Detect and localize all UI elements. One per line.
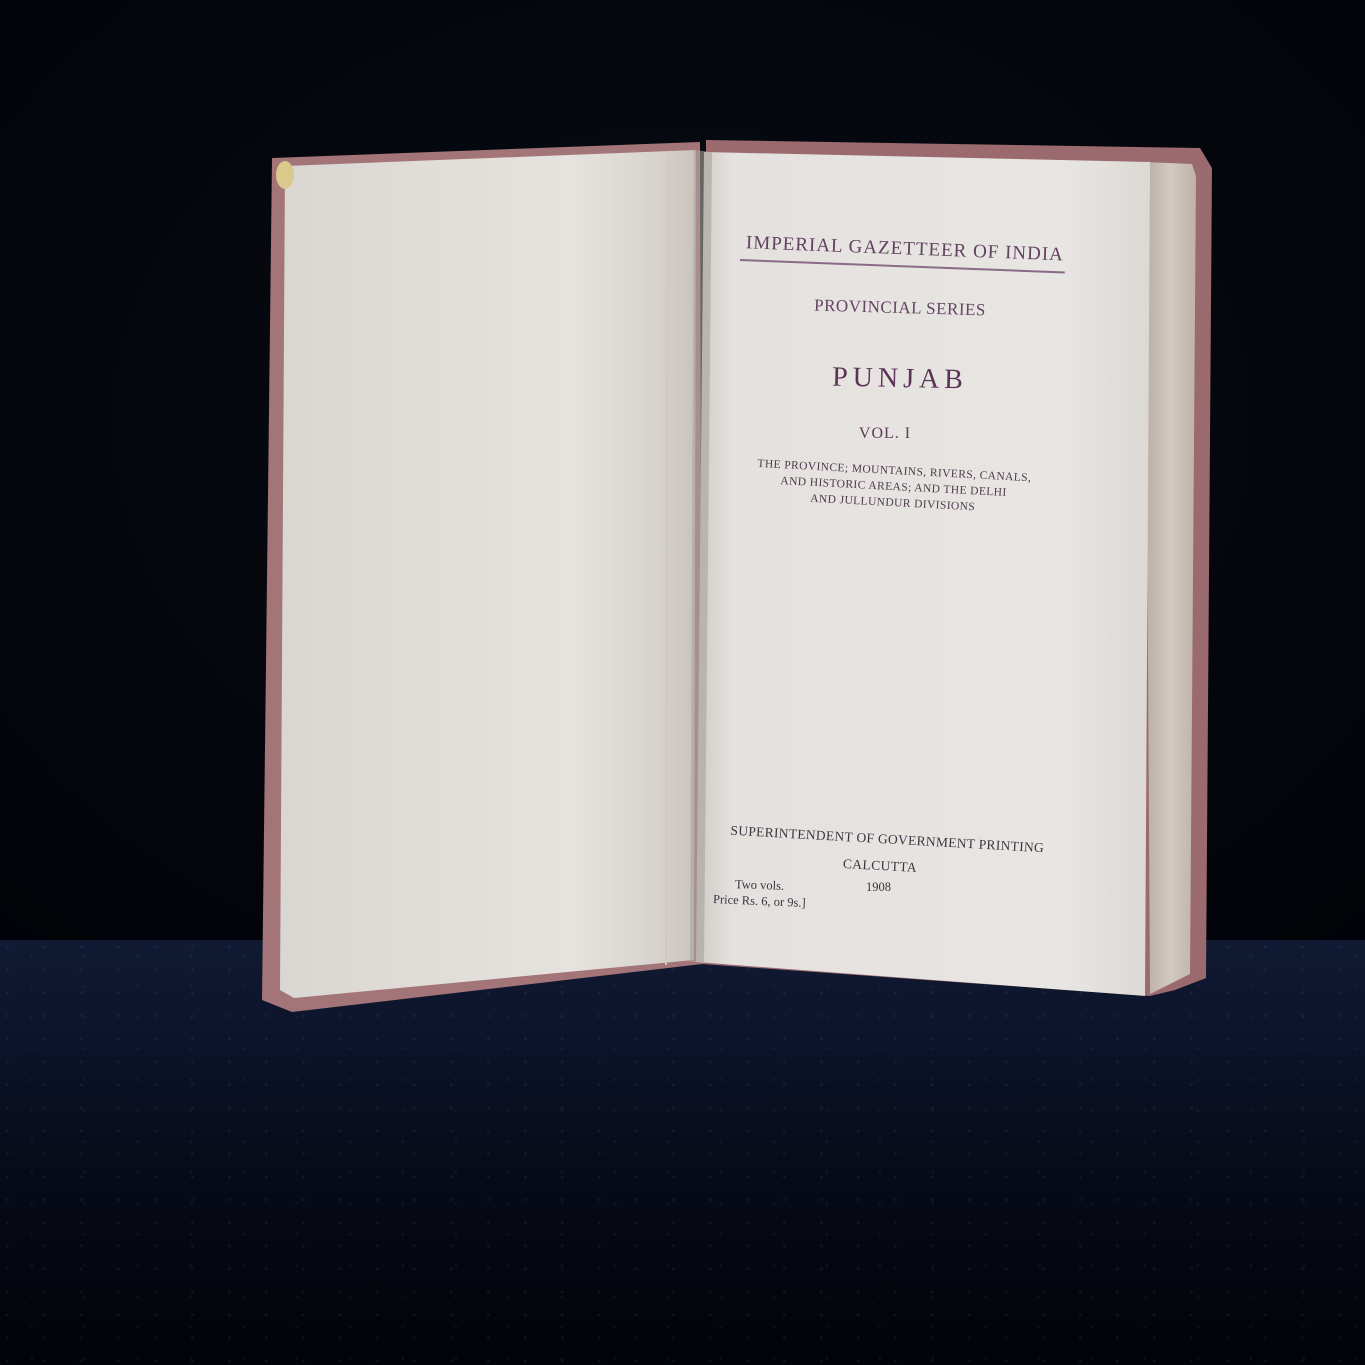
worn-corner [276,161,294,189]
publication-year: 1908 [866,880,891,895]
page-block-edges [1145,162,1196,994]
left-endpaper [280,150,696,998]
photo-scene: IMPERIAL GAZETTEER OF INDIA PROVINCIAL S… [0,0,1365,1365]
open-book [0,0,1365,1365]
volumes-note: Two vols. [735,877,785,894]
book-title: PUNJAB [820,361,981,396]
volume-label: VOL. I [840,425,930,443]
